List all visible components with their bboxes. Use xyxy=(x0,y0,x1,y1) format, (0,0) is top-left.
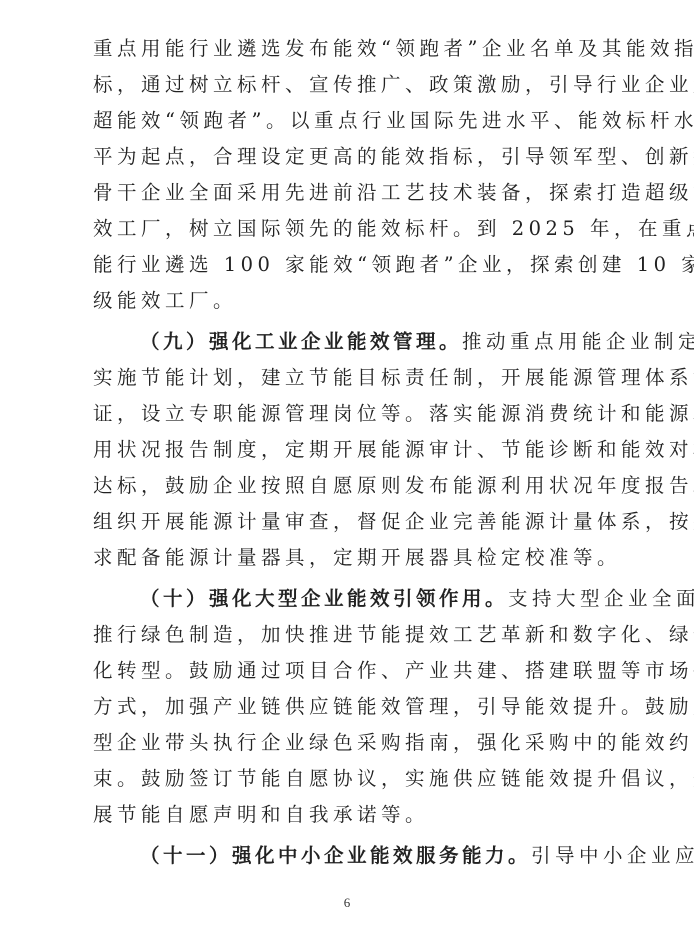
text-line: 效工厂，树立国际领先的能效标杆。到 2025 年，在重点用 xyxy=(93,217,603,241)
text-line: 平为起点，合理设定更高的能效指标，引导领军型、创新型 xyxy=(93,145,603,169)
line-text: 达标，鼓励企业按照自愿原则发布能源利用状况年度报告。 xyxy=(93,474,694,497)
line-text: 方式，加强产业链供应链能效管理，引导能效提升。鼓励大 xyxy=(93,695,694,718)
line-text: 重点用能行业遴选发布能效“领跑者”企业名单及其能效指 xyxy=(93,37,694,60)
line-text: 实施节能计划，建立节能目标责任制，开展能源管理体系认 xyxy=(93,366,694,389)
text-line: 化转型。鼓励通过项目合作、产业共建、搭建联盟等市场化 xyxy=(93,659,603,683)
line-text: 证，设立专职能源管理岗位等。落实能源消费统计和能源利 xyxy=(93,402,694,425)
line-text: 展节能自愿声明和自我承诺等。 xyxy=(93,803,429,826)
line-text: 型企业带头执行企业绿色采购指南，强化采购中的能效约 xyxy=(93,731,693,754)
line-text: 用状况报告制度，定期开展能源审计、节能诊断和能效对标 xyxy=(93,438,694,461)
line-text: 推行绿色制造，加快推进节能提效工艺革新和数字化、绿色 xyxy=(93,623,694,646)
line-text: 平为起点，合理设定更高的能效指标，引导领军型、创新型 xyxy=(93,145,694,168)
text-line: 型企业带头执行企业绿色采购指南，强化采购中的能效约 xyxy=(93,731,603,755)
section-heading: （十）强化大型企业能效引领作用。 xyxy=(140,587,508,610)
text-line: 束。鼓励签订节能自愿协议，实施供应链能效提升倡议，开 xyxy=(93,767,603,791)
page-number: 6 xyxy=(0,895,694,911)
text-line: 求配备能源计量器具，定期开展器具检定校准等。 xyxy=(93,546,603,570)
text-line: 达标，鼓励企业按照自愿原则发布能源利用状况年度报告。 xyxy=(93,474,603,498)
line-text: 级能效工厂。 xyxy=(93,289,237,312)
text-line: 方式，加强产业链供应链能效管理，引导能效提升。鼓励大 xyxy=(93,695,603,719)
document-page: 重点用能行业遴选发布能效“领跑者”企业名单及其能效指标，通过树立标杆、宣传推广、… xyxy=(0,0,694,927)
line-text: 标，通过树立标杆、宣传推广、政策激励，引导行业企业赶 xyxy=(93,73,694,96)
line-text: 能行业遴选 100 家能效“领跑者”企业，探索创建 10 家超 xyxy=(93,253,694,276)
text-line: 证，设立专职能源管理岗位等。落实能源消费统计和能源利 xyxy=(93,402,603,426)
line-text: 引导中小企业应 xyxy=(531,844,694,867)
text-line: 超能效“领跑者”。以重点行业国际先进水平、能效标杆水 xyxy=(93,109,603,133)
line-text: 骨干企业全面采用先进前沿工艺技术装备，探索打造超级能 xyxy=(93,181,694,204)
line-text: 推动重点用能企业制定 xyxy=(462,330,694,353)
text-line: 用状况报告制度，定期开展能源审计、节能诊断和能效对标 xyxy=(93,438,603,462)
line-text: 支持大型企业全面 xyxy=(508,587,694,610)
text-line: 实施节能计划，建立节能目标责任制，开展能源管理体系认 xyxy=(93,366,603,390)
line-text: 组织开展能源计量审查，督促企业完善能源计量体系，按要 xyxy=(93,510,694,533)
text-line: 骨干企业全面采用先进前沿工艺技术装备，探索打造超级能 xyxy=(93,181,603,205)
line-text: 化转型。鼓励通过项目合作、产业共建、搭建联盟等市场化 xyxy=(93,659,694,682)
text-line: 级能效工厂。 xyxy=(93,289,603,313)
line-text: 束。鼓励签订节能自愿协议，实施供应链能效提升倡议，开 xyxy=(93,767,694,790)
section-heading: （九）强化工业企业能效管理。 xyxy=(140,330,462,353)
text-line: 标，通过树立标杆、宣传推广、政策激励，引导行业企业赶 xyxy=(93,73,603,97)
section-heading-line: （十）强化大型企业能效引领作用。支持大型企业全面 xyxy=(140,587,650,611)
text-line: 推行绿色制造，加快推进节能提效工艺革新和数字化、绿色 xyxy=(93,623,603,647)
section-heading-line: （十一）强化中小企业能效服务能力。引导中小企业应 xyxy=(140,844,650,868)
line-text: 效工厂，树立国际领先的能效标杆。到 2025 年，在重点用 xyxy=(93,217,694,240)
text-line: 能行业遴选 100 家能效“领跑者”企业，探索创建 10 家超 xyxy=(93,253,603,277)
text-line: 展节能自愿声明和自我承诺等。 xyxy=(93,803,603,827)
text-line: 重点用能行业遴选发布能效“领跑者”企业名单及其能效指 xyxy=(93,37,603,61)
line-text: 求配备能源计量器具，定期开展器具检定校准等。 xyxy=(93,546,621,569)
text-line: 组织开展能源计量审查，督促企业完善能源计量体系，按要 xyxy=(93,510,603,534)
section-heading-line: （九）强化工业企业能效管理。推动重点用能企业制定 xyxy=(140,330,650,354)
line-text: 超能效“领跑者”。以重点行业国际先进水平、能效标杆水 xyxy=(93,109,694,132)
section-heading: （十一）强化中小企业能效服务能力。 xyxy=(140,844,531,867)
